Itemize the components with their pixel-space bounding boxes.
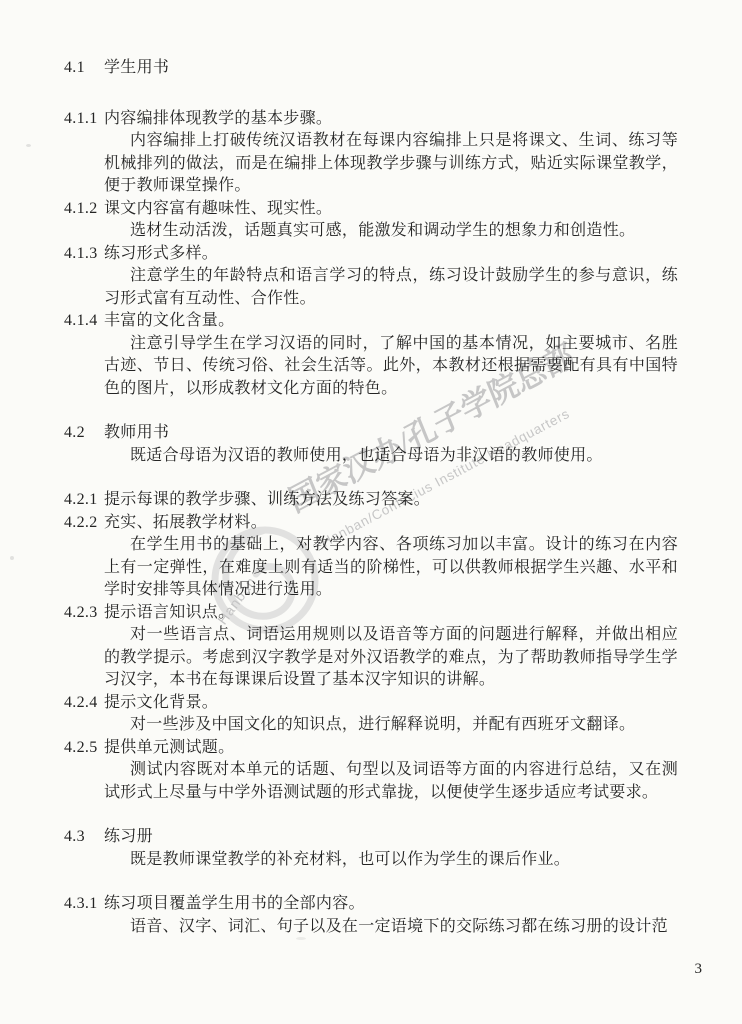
item-number: 4.2.5 — [64, 737, 104, 760]
item-heading-row: 4.2.4 提示文化背景。 — [64, 692, 678, 715]
section-number: 4.3 — [64, 826, 104, 849]
item-heading-row: 4.2.1 提示每课的教学步骤、训练方法及练习答案。 — [64, 489, 678, 512]
list-item: 4.2.1 提示每课的教学步骤、训练方法及练习答案。 — [64, 489, 678, 512]
section-heading: 4.1 学生用书 — [64, 57, 678, 80]
list-item: 4.1.4 丰富的文化含量。 注意引导学生在学习汉语的同时，了解中国的基本情况，… — [64, 310, 678, 400]
page-content: 4.1 学生用书 4.1.1 内容编排体现教学的基本步骤。 内容编排上打破传统汉… — [64, 57, 678, 938]
item-body: 内容编排上打破传统汉语教材在每课内容编排上只是将课文、生词、练习等机械排列的做法… — [104, 130, 678, 198]
scan-speck — [10, 556, 14, 560]
item-body: 选材生动活泼，话题真实可感，能激发和调动学生的想象力和创造性。 — [104, 220, 678, 243]
item-body: 在学生用书的基础上，对教学内容、各项练习加以丰富。设计的练习在内容上有一定弹性，… — [104, 534, 678, 602]
scan-speck — [26, 144, 31, 147]
item-number: 4.2.4 — [64, 692, 104, 715]
section-intro: 既适合母语为汉语的教师使用，也适合母语为非汉语的教师使用。 — [104, 445, 678, 468]
section-intro: 既是教师课堂教学的补充材料，也可以作为学生的课后作业。 — [104, 849, 678, 872]
section-number: 4.2 — [64, 422, 104, 445]
list-item: 4.1.1 内容编排体现教学的基本步骤。 内容编排上打破传统汉语教材在每课内容编… — [64, 108, 678, 198]
item-body: 注意引导学生在学习汉语的同时，了解中国的基本情况，如主要城市、名胜古迹、节日、传… — [104, 333, 678, 401]
section-items: 4.3.1 练习项目覆盖学生用书的全部内容。 语音、汉字、词汇、句子以及在一定语… — [64, 893, 678, 938]
list-item: 4.2.3 提示语言知识点。 对一些语言点、词语运用规则以及语音等方面的问题进行… — [64, 602, 678, 692]
section-teacher-book: 4.2 教师用书 既适合母语为汉语的教师使用，也适合母语为非汉语的教师使用。 4… — [64, 422, 678, 804]
item-number: 4.1.4 — [64, 310, 104, 333]
item-body: 注意学生的年龄特点和语言学习的特点，练习设计鼓励学生的参与意识，练习形式富有互动… — [104, 265, 678, 310]
list-item: 4.2.2 充实、拓展教学材料。 在学生用书的基础上，对教学内容、各项练习加以丰… — [64, 512, 678, 602]
list-item: 4.3.1 练习项目覆盖学生用书的全部内容。 语音、汉字、词汇、句子以及在一定语… — [64, 893, 678, 938]
page-number: 3 — [695, 961, 703, 978]
item-number: 4.2.2 — [64, 512, 104, 535]
item-heading: 提示语言知识点。 — [104, 602, 678, 625]
item-body: 对一些语言点、词语运用规则以及语音等方面的问题进行解释，并做出相应的教学提示。考… — [104, 624, 678, 692]
item-number: 4.2.3 — [64, 602, 104, 625]
item-heading-row: 4.1.4 丰富的文化含量。 — [64, 310, 678, 333]
section-title: 学生用书 — [104, 57, 678, 80]
item-number: 4.1.1 — [64, 108, 104, 131]
item-heading: 提示文化背景。 — [104, 692, 678, 715]
item-heading: 充实、拓展教学材料。 — [104, 512, 678, 535]
item-body: 测试内容既对本单元的话题、句型以及词语等方面的内容进行总结，又在测试形式上尽量与… — [104, 759, 678, 804]
section-items: 4.1.1 内容编排体现教学的基本步骤。 内容编排上打破传统汉语教材在每课内容编… — [64, 108, 678, 401]
item-heading: 内容编排体现教学的基本步骤。 — [104, 108, 678, 131]
section-number: 4.1 — [64, 57, 104, 80]
item-heading: 练习项目覆盖学生用书的全部内容。 — [104, 893, 678, 916]
item-body: 语音、汉字、词汇、句子以及在一定语境下的交际练习都在练习册的设计范 — [104, 916, 678, 939]
list-item: 4.2.5 提供单元测试题。 测试内容既对本单元的话题、句型以及词语等方面的内容… — [64, 737, 678, 805]
item-number: 4.1.2 — [64, 198, 104, 221]
item-number: 4.2.1 — [64, 489, 104, 512]
item-number: 4.3.1 — [64, 893, 104, 916]
item-heading-row: 4.2.2 充实、拓展教学材料。 — [64, 512, 678, 535]
section-title: 练习册 — [104, 826, 678, 849]
item-body: 对一些涉及中国文化的知识点，进行解释说明，并配有西班牙文翻译。 — [104, 714, 678, 737]
item-heading: 提示每课的教学步骤、训练方法及练习答案。 — [104, 489, 678, 512]
list-item: 4.1.2 课文内容富有趣味性、现实性。 选材生动活泼，话题真实可感，能激发和调… — [64, 198, 678, 243]
list-item: 4.2.4 提示文化背景。 对一些涉及中国文化的知识点，进行解释说明，并配有西班… — [64, 692, 678, 737]
item-number: 4.1.3 — [64, 243, 104, 266]
section-title: 教师用书 — [104, 422, 678, 445]
item-heading: 提供单元测试题。 — [104, 737, 678, 760]
section-student-book: 4.1 学生用书 4.1.1 内容编排体现教学的基本步骤。 内容编排上打破传统汉… — [64, 57, 678, 400]
section-heading: 4.2 教师用书 — [64, 422, 678, 445]
item-heading-row: 4.1.1 内容编排体现教学的基本步骤。 — [64, 108, 678, 131]
item-heading-row: 4.2.3 提示语言知识点。 — [64, 602, 678, 625]
list-item: 4.1.3 练习形式多样。 注意学生的年龄特点和语言学习的特点，练习设计鼓励学生… — [64, 243, 678, 311]
item-heading: 课文内容富有趣味性、现实性。 — [104, 198, 678, 221]
section-workbook: 4.3 练习册 既是教师课堂教学的补充材料，也可以作为学生的课后作业。 4.3.… — [64, 826, 678, 938]
item-heading: 练习形式多样。 — [104, 243, 678, 266]
item-heading-row: 4.2.5 提供单元测试题。 — [64, 737, 678, 760]
item-heading: 丰富的文化含量。 — [104, 310, 678, 333]
section-items: 4.2.1 提示每课的教学步骤、训练方法及练习答案。 4.2.2 充实、拓展教学… — [64, 489, 678, 804]
document-page: Hanban 国家汉办/孔子学院总部 Hanban/Confucius Inst… — [0, 0, 742, 1024]
item-heading-row: 4.1.2 课文内容富有趣味性、现实性。 — [64, 198, 678, 221]
item-heading-row: 4.3.1 练习项目覆盖学生用书的全部内容。 — [64, 893, 678, 916]
item-heading-row: 4.1.3 练习形式多样。 — [64, 243, 678, 266]
section-heading: 4.3 练习册 — [64, 826, 678, 849]
